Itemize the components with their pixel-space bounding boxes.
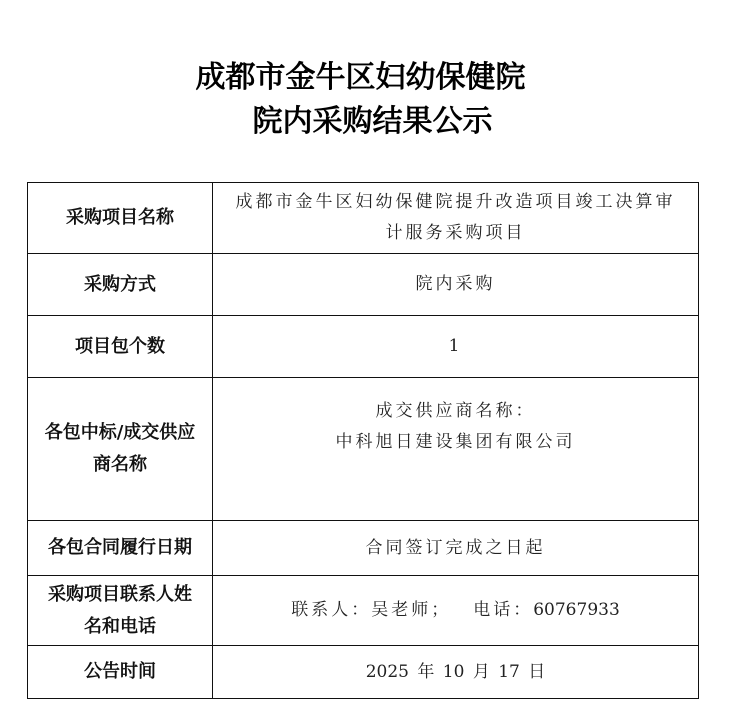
label-announcement-time: 公告时间 (28, 646, 213, 699)
page-title-line-1: 成都市金牛区妇幼保健院 (0, 58, 728, 98)
table-row-contract-date: 各包合同履行日期 合同签订完成之日起 (28, 521, 699, 576)
table-row-project-name: 采购项目名称 成都市金牛区妇幼保健院提升改造项目竣工决算审 计服务采购项目 (28, 183, 699, 254)
project-name-line-1: 成都市金牛区妇幼保健院提升改造项目竣工决算审 (213, 187, 698, 218)
date-year-unit: 年 (417, 662, 434, 682)
value-contact: 联系人：吴老师；电话：60767933 (213, 576, 699, 646)
date-year: 2025 (366, 662, 409, 682)
contact-person-name: 吴老师； (371, 600, 451, 620)
table-row-announcement-time: 公告时间 2025 年 10 月 17 日 (28, 646, 699, 699)
table-row-package-count: 项目包个数 1 (28, 316, 699, 378)
label-contact: 采购项目联系人姓 名和电话 (28, 576, 213, 646)
label-package-count: 项目包个数 (28, 316, 213, 378)
label-supplier: 各包中标/成交供应 商名称 (28, 378, 213, 521)
contact-label-line-2: 名和电话 (28, 611, 212, 643)
label-procurement-method: 采购方式 (28, 254, 213, 316)
date-day-unit: 日 (528, 662, 545, 682)
contact-label-line-1: 采购项目联系人姓 (28, 579, 212, 611)
value-project-name: 成都市金牛区妇幼保健院提升改造项目竣工决算审 计服务采购项目 (213, 183, 699, 254)
contact-person-label: 联系人： (291, 600, 371, 620)
phone-label: 电话： (473, 600, 533, 620)
procurement-result-table: 采购项目名称 成都市金牛区妇幼保健院提升改造项目竣工决算审 计服务采购项目 采购… (27, 182, 699, 699)
date-month-unit: 月 (473, 662, 490, 682)
value-supplier: 成交供应商名称： 中科旭日建设集团有限公司 (213, 378, 699, 521)
label-project-name: 采购项目名称 (28, 183, 213, 254)
table-row-supplier: 各包中标/成交供应 商名称 成交供应商名称： 中科旭日建设集团有限公司 (28, 378, 699, 521)
value-procurement-method: 院内采购 (213, 254, 699, 316)
phone-number: 60767933 (533, 600, 620, 620)
label-contract-date: 各包合同履行日期 (28, 521, 213, 576)
supplier-name: 中科旭日建设集团有限公司 (213, 427, 698, 458)
supplier-caption: 成交供应商名称： (213, 396, 698, 427)
table-row-contact: 采购项目联系人姓 名和电话 联系人：吴老师；电话：60767933 (28, 576, 699, 646)
table-row-procurement-method: 采购方式 院内采购 (28, 254, 699, 316)
supplier-label-line-2: 商名称 (28, 449, 212, 481)
date-day: 17 (498, 662, 520, 682)
value-announcement-time: 2025 年 10 月 17 日 (213, 646, 699, 699)
supplier-label-line-1: 各包中标/成交供应 (28, 417, 212, 449)
project-name-line-2: 计服务采购项目 (213, 218, 698, 249)
date-month: 10 (443, 662, 465, 682)
value-contract-date: 合同签订完成之日起 (213, 521, 699, 576)
value-package-count: 1 (213, 316, 699, 378)
page-title-line-2: 院内采购结果公示 (5, 102, 735, 142)
